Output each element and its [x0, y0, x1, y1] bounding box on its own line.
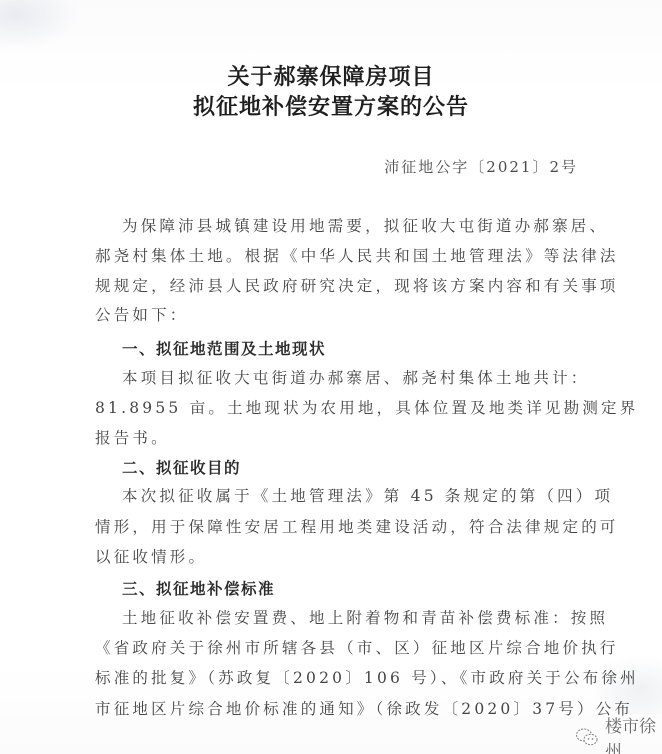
watermark-text: 楼市徐州 — [605, 712, 662, 754]
section-2-line: 本次拟征收属于《土地管理法》第 45 条规定的第（四）项 — [122, 486, 580, 506]
intro-line: 公告如下： — [95, 305, 580, 325]
document-title-line-1: 关于郝寨保障房项目 — [0, 60, 662, 91]
wechat-icon — [575, 727, 599, 747]
section-heading-2: 二、拟征收目的 — [122, 456, 241, 478]
intro-line: 郝尧村集体土地。根据《中华人民共和国土地管理法》等法律法 — [95, 246, 580, 266]
section-1-line: 报告书。 — [95, 428, 580, 448]
section-2-line: 以征收情形。 — [95, 547, 580, 567]
section-heading-1: 一、拟征地范围及土地现状 — [122, 337, 326, 359]
section-heading-3: 三、拟征地补偿标准 — [122, 577, 275, 599]
section-2-line: 情形，用于保障性安居工程用地类建设活动，符合法律规定的可 — [95, 517, 580, 537]
section-3-line: 土地征收补偿安置费、地上附着物和青苗补偿费标准：按照 — [122, 608, 580, 628]
watermark: 楼市徐州 — [575, 712, 662, 754]
intro-line: 为保障沛县城镇建设用地需要，拟征收大屯街道办郝寨居、 — [122, 216, 580, 236]
intro-line: 规规定，经沛县人民政府研究决定，现将该方案内容和有关事项 — [95, 276, 580, 296]
section-3-line: 市征地区片综合地价标准的通知》（徐政发〔2020〕37号）公布 — [95, 699, 580, 719]
section-1-line: 81.8955 亩。土地现状为农用地，具体位置及地类详见勘测定界 — [95, 398, 580, 418]
section-1-line: 本项目拟征收大屯街道办郝寨居、郝尧村集体土地共计： — [122, 368, 580, 388]
document-number: 沛征地公字〔2021〕2号 — [384, 156, 578, 177]
section-3-line: 《省政府关于徐州市所辖各县（市、区）征地区片综合地价执行 — [95, 638, 580, 658]
section-3-line: 标准的批复》（苏政复〔2020〕106 号）、《市政府关于公布徐州 — [95, 668, 580, 688]
document-title-line-2: 拟征地补偿安置方案的公告 — [0, 90, 662, 121]
scan-smudge — [0, 0, 80, 50]
scanned-document-page: 关于郝寨保障房项目 拟征地补偿安置方案的公告 沛征地公字〔2021〕2号 为保障… — [0, 0, 662, 754]
